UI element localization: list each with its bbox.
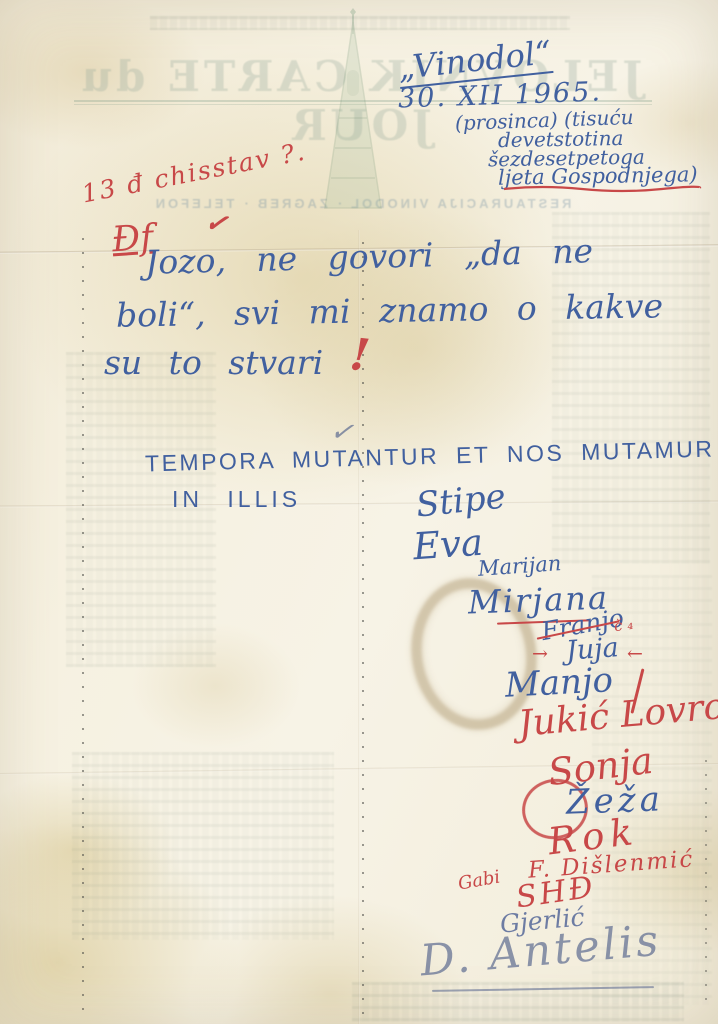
dedication-line-3: su to stvari — [104, 346, 323, 379]
tower-logo-illustration — [303, 8, 403, 213]
ghost-text-top-line — [150, 16, 570, 30]
signature-marijan: Marijan — [477, 553, 562, 580]
scanned-menu-page: JELOVNIK CARTE du JOUR RESTAURACIJA VINO… — [0, 0, 718, 1024]
pencil-checkmark: ✓ — [328, 417, 355, 448]
juja-arrow-right: ← — [627, 645, 643, 664]
perforation-dots-right — [705, 760, 707, 1010]
perforation-dots-left — [82, 238, 84, 1016]
signature-stipe: Stipe — [414, 479, 507, 522]
juja-arrow-left: → — [532, 645, 548, 664]
red-wavy-underline — [502, 184, 702, 194]
motto-line-2: IN ILLIS — [172, 488, 301, 511]
signature-eva: Eva — [412, 524, 484, 566]
signature-gabi: Gabi — [457, 868, 502, 893]
dedication-line-1: Jozo, ne govori „da ne — [145, 234, 594, 279]
ghost-text-left-bottom — [72, 752, 334, 940]
dedication-red-exclamation: ! — [348, 333, 372, 379]
dedication-line-2: boli“, svi mi znamo o kakve — [116, 289, 664, 332]
red-checkmark: ✓ — [203, 208, 230, 239]
